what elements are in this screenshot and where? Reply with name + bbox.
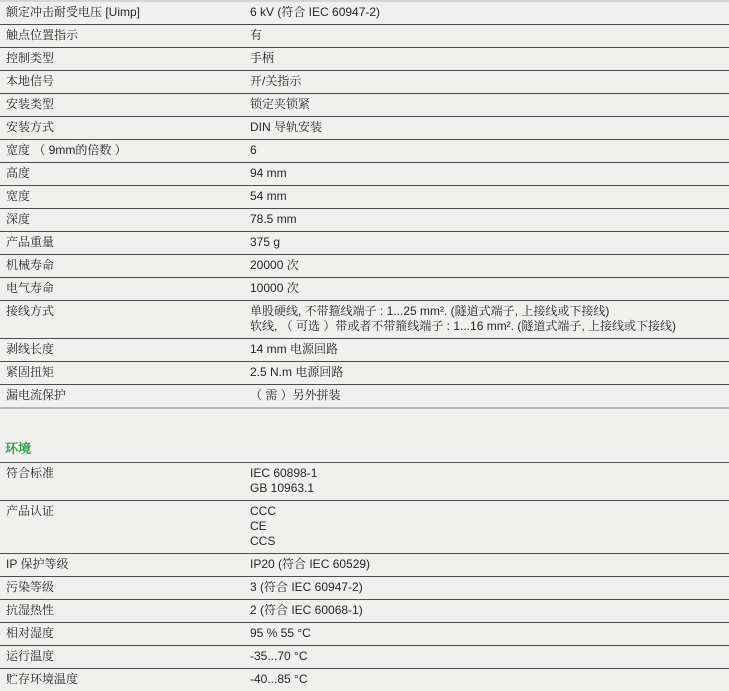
- spec-value: 6 kV (符合 IEC 60947-2): [250, 5, 729, 20]
- spec-value: IP20 (符合 IEC 60529): [250, 557, 729, 572]
- spec-label: 紧固扭矩: [0, 365, 250, 380]
- spec-value-line: IP20 (符合 IEC 60529): [250, 557, 729, 572]
- spec-label: 本地信号: [0, 74, 250, 89]
- spec-label: 安装方式: [0, 120, 250, 135]
- spec-label: 抗湿热性: [0, 603, 250, 618]
- spec-row: 运行温度 -35...70 °C: [0, 646, 729, 669]
- spec-row: 产品重量 375 g: [0, 232, 729, 255]
- spec-value: 2 (符合 IEC 60068-1): [250, 603, 729, 618]
- spec-value-line: -40...85 °C: [250, 672, 729, 687]
- spec-row: 安装方式 DIN 导轨安装: [0, 117, 729, 140]
- spec-value: 94 mm: [250, 166, 729, 181]
- spec-label: 控制类型: [0, 51, 250, 66]
- spec-row: 漏电流保护 （ 需 ）另外拼装: [0, 385, 729, 409]
- spec-value-line: 14 mm 电源回路: [250, 342, 729, 357]
- spec-label: 产品认证: [0, 504, 250, 519]
- spec-value-line: CE: [250, 519, 729, 534]
- spec-value-line: 20000 次: [250, 258, 729, 273]
- spec-row: 机械寿命 20000 次: [0, 255, 729, 278]
- spec-label: IP 保护等级: [0, 557, 250, 572]
- spec-label: 触点位置指示: [0, 28, 250, 43]
- spec-row: 符合标准 IEC 60898-1GB 10963.1: [0, 463, 729, 501]
- spec-row: 接线方式 单股硬线, 不带箍线端子 : 1...25 mm². (隧道式端子, …: [0, 301, 729, 339]
- spec-row: 宽度 （ 9mm的倍数 ） 6: [0, 140, 729, 163]
- spec-value-line: 软线, （ 可选 ）带或者不带箍线端子 : 1...16 mm². (隧道式端子…: [250, 319, 729, 334]
- spec-row: 触点位置指示 有: [0, 25, 729, 48]
- spec-value: 锁定夹锁紧: [250, 97, 729, 112]
- spec-row: 紧固扭矩 2.5 N.m 电源回路: [0, 362, 729, 385]
- spec-value-line: 有: [250, 28, 729, 43]
- spec-value-line: 2.5 N.m 电源回路: [250, 365, 729, 380]
- spec-row: 安装类型 锁定夹锁紧: [0, 94, 729, 117]
- spec-value-line: 开/关指示: [250, 74, 729, 89]
- spec-value-line: 3 (符合 IEC 60947-2): [250, 580, 729, 595]
- spec-value: （ 需 ）另外拼装: [250, 388, 729, 403]
- spec-label: 污染等级: [0, 580, 250, 595]
- section-title-environment: 环境: [5, 441, 729, 456]
- spec-label: 相对湿度: [0, 626, 250, 641]
- spec-value-line: 单股硬线, 不带箍线端子 : 1...25 mm². (隧道式端子, 上接线或下…: [250, 304, 729, 319]
- spec-row: IP 保护等级 IP20 (符合 IEC 60529): [0, 554, 729, 577]
- spec-value: 有: [250, 28, 729, 43]
- spec-value: 375 g: [250, 235, 729, 250]
- spec-label: 机械寿命: [0, 258, 250, 273]
- spec-value-line: 95 % 55 °C: [250, 626, 729, 641]
- spec-value-line: 54 mm: [250, 189, 729, 204]
- spec-value: 20000 次: [250, 258, 729, 273]
- spec-page: { "colors": { "page_background": "#f0f0e…: [0, 0, 729, 691]
- spec-value: -40...85 °C: [250, 672, 729, 687]
- spec-value: -35...70 °C: [250, 649, 729, 664]
- spec-value-line: 78.5 mm: [250, 212, 729, 227]
- spec-value-line: GB 10963.1: [250, 481, 729, 496]
- spec-label: 剥线长度: [0, 342, 250, 357]
- spec-row: 深度 78.5 mm: [0, 209, 729, 232]
- spec-value: 95 % 55 °C: [250, 626, 729, 641]
- spec-value: 开/关指示: [250, 74, 729, 89]
- spec-value-line: 手柄: [250, 51, 729, 66]
- spec-value-line: DIN 导轨安装: [250, 120, 729, 135]
- spec-row: 污染等级 3 (符合 IEC 60947-2): [0, 577, 729, 600]
- spec-row: 剥线长度 14 mm 电源回路: [0, 339, 729, 362]
- spec-value: 单股硬线, 不带箍线端子 : 1...25 mm². (隧道式端子, 上接线或下…: [250, 304, 729, 334]
- spec-label: 高度: [0, 166, 250, 181]
- spec-label: 产品重量: [0, 235, 250, 250]
- spec-value-line: 锁定夹锁紧: [250, 97, 729, 112]
- spec-value: DIN 导轨安装: [250, 120, 729, 135]
- spec-row: 相对湿度 95 % 55 °C: [0, 623, 729, 646]
- spec-label: 接线方式: [0, 304, 250, 319]
- spec-label: 电气寿命: [0, 281, 250, 296]
- spec-value: 手柄: [250, 51, 729, 66]
- spec-label: 符合标准: [0, 466, 250, 481]
- spec-label: 运行温度: [0, 649, 250, 664]
- spec-value-line: CCS: [250, 534, 729, 549]
- spec-value: 14 mm 电源回路: [250, 342, 729, 357]
- spec-label: 安装类型: [0, 97, 250, 112]
- spec-row: 控制类型 手柄: [0, 48, 729, 71]
- spec-value-line: 6 kV (符合 IEC 60947-2): [250, 5, 729, 20]
- spec-value: 2.5 N.m 电源回路: [250, 365, 729, 380]
- spec-label: 宽度: [0, 189, 250, 204]
- spec-value-line: （ 需 ）另外拼装: [250, 388, 729, 403]
- spec-row: 额定冲击耐受电压 [Uimp] 6 kV (符合 IEC 60947-2): [0, 2, 729, 25]
- product-spec-table: 额定冲击耐受电压 [Uimp] 6 kV (符合 IEC 60947-2) 触点…: [0, 0, 729, 409]
- spec-value-line: IEC 60898-1: [250, 466, 729, 481]
- spec-row: 产品认证 CCCCECCS: [0, 501, 729, 554]
- spec-value: 78.5 mm: [250, 212, 729, 227]
- spec-value-line: 10000 次: [250, 281, 729, 296]
- spec-row: 抗湿热性 2 (符合 IEC 60068-1): [0, 600, 729, 623]
- spec-label: 额定冲击耐受电压 [Uimp]: [0, 5, 250, 20]
- spec-row: 电气寿命 10000 次: [0, 278, 729, 301]
- spec-label: 贮存环境温度: [0, 672, 250, 687]
- spec-value-line: 2 (符合 IEC 60068-1): [250, 603, 729, 618]
- spec-value-line: CCC: [250, 504, 729, 519]
- spec-value: IEC 60898-1GB 10963.1: [250, 466, 729, 496]
- spec-row: 高度 94 mm: [0, 163, 729, 186]
- spec-value: 6: [250, 143, 729, 158]
- environment-spec-table: 符合标准 IEC 60898-1GB 10963.1 产品认证 CCCCECCS…: [0, 462, 729, 691]
- spec-label: 深度: [0, 212, 250, 227]
- spec-row: 贮存环境温度 -40...85 °C: [0, 669, 729, 691]
- spec-row: 本地信号 开/关指示: [0, 71, 729, 94]
- spec-value-line: 94 mm: [250, 166, 729, 181]
- spec-value: 3 (符合 IEC 60947-2): [250, 580, 729, 595]
- spec-value: 54 mm: [250, 189, 729, 204]
- spec-value-line: 375 g: [250, 235, 729, 250]
- spec-label: 漏电流保护: [0, 388, 250, 403]
- spec-value-line: -35...70 °C: [250, 649, 729, 664]
- spec-value: 10000 次: [250, 281, 729, 296]
- spec-value: CCCCECCS: [250, 504, 729, 549]
- spec-label: 宽度 （ 9mm的倍数 ）: [0, 143, 250, 158]
- spec-row: 宽度 54 mm: [0, 186, 729, 209]
- spec-value-line: 6: [250, 143, 729, 158]
